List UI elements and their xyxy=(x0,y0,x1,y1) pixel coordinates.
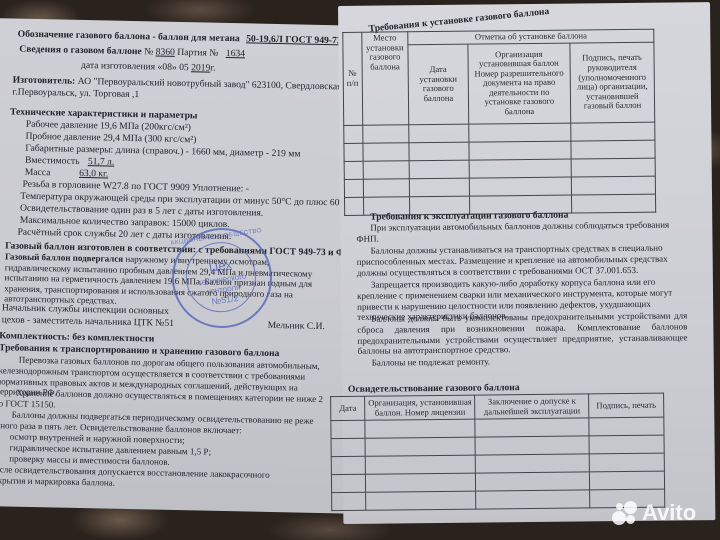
cert-cell[interactable] xyxy=(331,438,365,456)
cert-cell[interactable] xyxy=(589,417,664,436)
install-cell[interactable] xyxy=(362,142,409,160)
install-cell[interactable] xyxy=(363,160,410,178)
cert-cell[interactable] xyxy=(366,473,476,492)
cert-cell[interactable] xyxy=(589,435,664,454)
cert-header-signature: Подпись, печать xyxy=(589,393,664,418)
date-day: 08 xyxy=(162,62,172,73)
cert-cell[interactable] xyxy=(475,418,589,437)
manufacturer-label: Изготовитель: xyxy=(13,74,76,86)
serial-value: 8360 xyxy=(156,46,175,57)
cert-cell[interactable] xyxy=(332,492,366,510)
cert-cell[interactable] xyxy=(331,420,365,438)
cert-cell[interactable] xyxy=(331,474,365,492)
install-header-number: № п/п xyxy=(343,32,363,125)
batch-value: 1634 xyxy=(226,48,245,59)
capacity-value: 51,7 л. xyxy=(88,156,115,168)
signer-name: Мельник С.И. xyxy=(268,320,326,332)
cert-cell[interactable] xyxy=(589,453,664,472)
conformity-paragraph: Газовый баллон подвергался наружному и в… xyxy=(4,251,335,311)
cert-cell[interactable] xyxy=(365,437,475,456)
info-row: Сведения о газовом баллоне № 8360 Партия… xyxy=(19,44,245,60)
cert-header-conclusion: Заключение о допуске к дальнейшей эксплу… xyxy=(475,394,589,419)
date-row: дата изготовления «08» 05 2019г. xyxy=(81,60,216,74)
info-label: Сведения о газовом баллоне xyxy=(19,44,142,58)
install-cell[interactable] xyxy=(344,143,363,161)
operation-paragraph: При эксплуатации автомобильных баллонов … xyxy=(356,219,686,244)
install-cell[interactable] xyxy=(571,194,655,213)
designation-value: 50-19,6Л ГОСТ 949-73 xyxy=(246,33,342,46)
cert-header-date: Дата xyxy=(331,396,366,420)
cert-header-organization: Организация, установившая баллон. Номер … xyxy=(365,395,475,420)
operation-paragraph: Баллоны не подлежат ремонту. xyxy=(372,356,490,368)
after-inspection-paragraph: После освидетельствования допускается во… xyxy=(0,464,289,492)
install-cell[interactable] xyxy=(571,176,655,195)
install-cell[interactable] xyxy=(469,159,571,178)
install-cell[interactable] xyxy=(468,123,570,142)
install-cell[interactable] xyxy=(409,178,469,197)
cert-cell[interactable] xyxy=(476,490,590,509)
cert-cell[interactable] xyxy=(365,419,475,438)
mass-label: Масса xyxy=(25,167,77,179)
cert-cell[interactable] xyxy=(589,471,664,490)
batch-label: Партия № xyxy=(177,47,218,59)
mass-row: Масса 63,0 кг. xyxy=(25,167,109,180)
cert-cell[interactable] xyxy=(475,436,589,455)
install-cell[interactable] xyxy=(571,122,655,141)
operation-paragraph: Баллоны должны устанавливаться на трансп… xyxy=(357,242,687,278)
install-header-place: Место установки газового баллона xyxy=(361,32,409,125)
certification-table: Дата Организация, установившая баллон. Н… xyxy=(330,393,665,511)
install-cell[interactable] xyxy=(409,124,469,143)
install-cell[interactable] xyxy=(571,140,655,159)
install-cell[interactable] xyxy=(344,125,363,143)
install-cell[interactable] xyxy=(469,141,571,160)
cert-cell[interactable] xyxy=(476,454,590,473)
capacity-row: Вместимость 51,7 л. xyxy=(25,155,114,168)
designation-label: Обозначение газового баллона - баллон дл… xyxy=(18,29,240,45)
install-cell[interactable] xyxy=(469,177,571,196)
right-page: Требования к установке газового баллона … xyxy=(338,2,715,524)
install-cell[interactable] xyxy=(409,160,469,179)
cert-cell[interactable] xyxy=(366,455,476,474)
date-label: дата изготовления « xyxy=(81,60,163,73)
date-suffix: г. xyxy=(210,63,215,74)
install-header-date: Дата установки газового баллона xyxy=(408,44,468,125)
signer-title-line2: цехов - заместитель начальника ЦТК №51 xyxy=(2,314,175,329)
install-table: № п/п Место установки газового баллона О… xyxy=(342,29,656,216)
avito-brand-text: Avito xyxy=(642,500,696,526)
install-cell[interactable] xyxy=(344,179,363,197)
serial-label: № xyxy=(144,46,153,57)
install-cell[interactable] xyxy=(571,158,655,177)
cert-cell[interactable] xyxy=(366,491,476,510)
install-cell[interactable] xyxy=(362,124,409,142)
cert-cell[interactable] xyxy=(476,472,590,491)
capacity-label: Вместимость xyxy=(25,155,80,167)
avito-logo-icon xyxy=(612,501,638,525)
mass-value: 63,0 кг. xyxy=(79,168,108,180)
operation-paragraph: Баллоны должны быть укомплектованы предо… xyxy=(357,310,687,357)
cert-heading: Освидетельствование газового баллона xyxy=(348,382,520,395)
install-cell[interactable] xyxy=(409,142,469,161)
install-cell[interactable] xyxy=(363,178,410,196)
date-year: 2019 xyxy=(191,62,210,73)
date-month: 05 xyxy=(179,62,189,73)
cert-cell[interactable] xyxy=(331,456,365,474)
manufacturer-line2: г.Первоуральск, ул. Торговая ,1 xyxy=(12,86,139,100)
install-header-signature: Подпись, печать руководителя (уполномоче… xyxy=(570,42,655,123)
install-cell[interactable] xyxy=(345,197,364,215)
avito-watermark: Avito xyxy=(612,500,696,526)
install-cell[interactable] xyxy=(344,161,363,179)
install-header-organization: Организация установившая баллон Номер ра… xyxy=(468,43,571,124)
